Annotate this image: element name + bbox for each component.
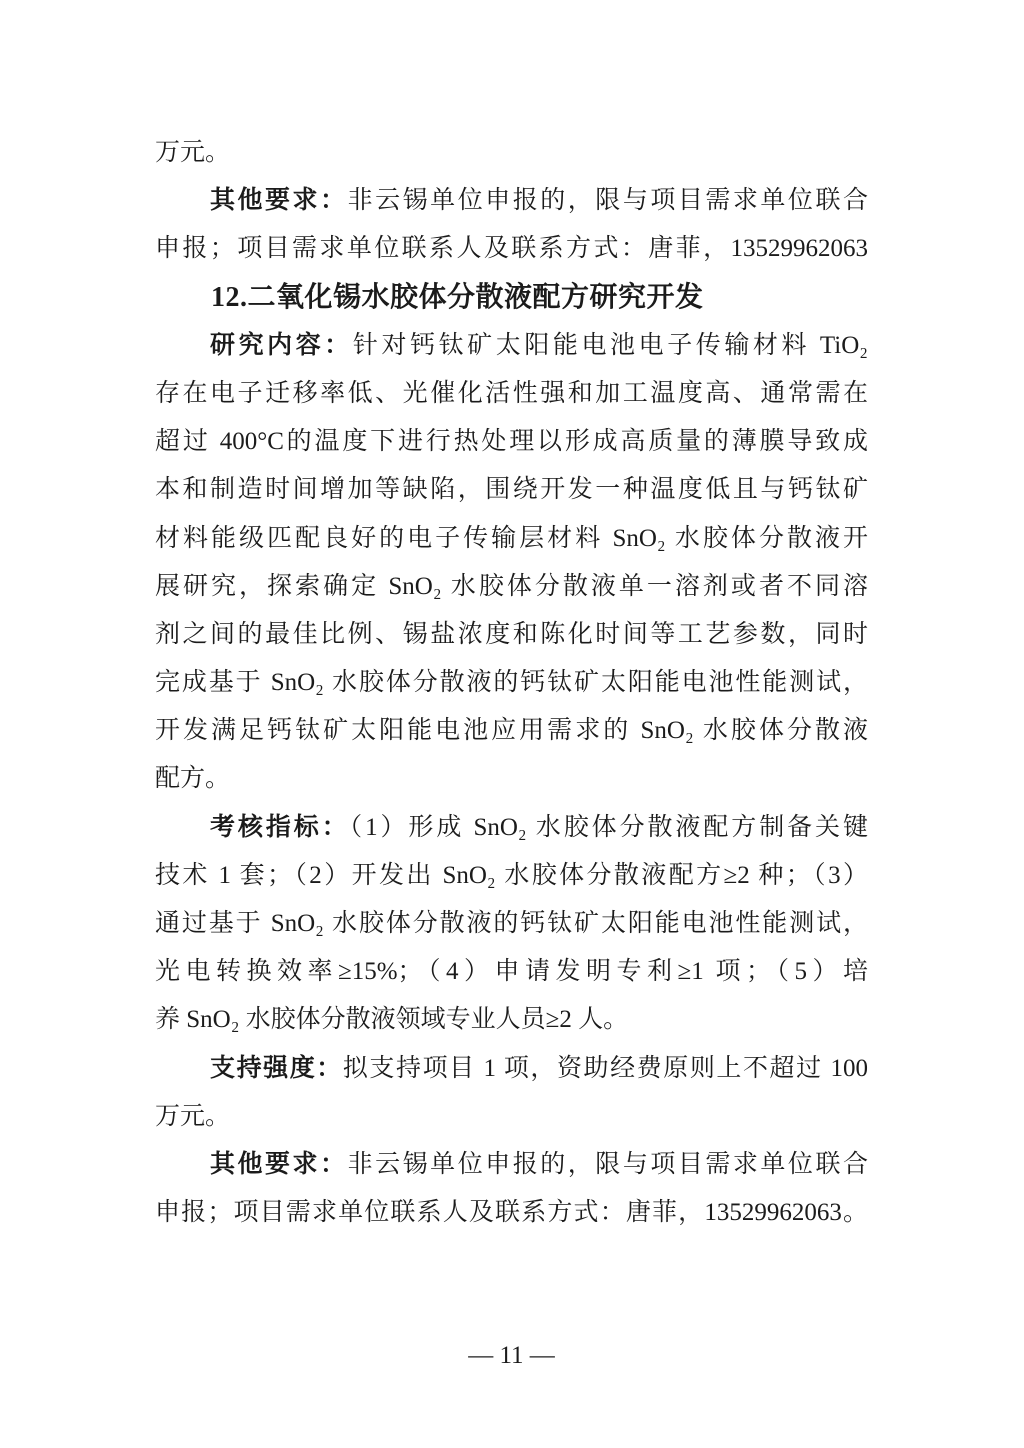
text-line: 剂之间的最佳比例、锡盐浓度和陈化时间等工艺参数，同时: [155, 611, 868, 659]
line-text: 完成基于 SnO₂ 水胶体分散液的钙钛矿太阳能电池性能测试，: [155, 669, 868, 696]
line-text: 非云锡单位申报的，限与项目需求单位联合: [348, 1151, 868, 1178]
text-line: 技术 1 套；（2）开发出 SnO₂ 水胶体分散液配方≥2 种；（3）: [155, 852, 868, 900]
paragraph-label: 支持强度：: [210, 1055, 343, 1082]
paragraph-label: 其他要求：: [210, 187, 348, 214]
line-text: 非云锡单位申报的，限与项目需求单位联合: [348, 187, 868, 214]
line-text: 申报；项目需求单位联系人及联系方式：唐菲，13529962063: [155, 235, 868, 262]
text-line: 本和制造时间增加等缺陷，围绕开发一种温度低且与钙钛矿: [155, 466, 868, 514]
line-text: 针对钙钛矿太阳能电池电子传输材料 TiO₂: [353, 332, 868, 359]
text-line: 申报；项目需求单位联系人及联系方式：唐菲，13529962063: [155, 225, 868, 273]
text-line: 通过基于 SnO₂ 水胶体分散液的钙钛矿太阳能电池性能测试，: [155, 900, 868, 948]
text-line: 材料能级匹配良好的电子传输层材料 SnO₂ 水胶体分散液开: [155, 515, 868, 563]
text-line: 申报；项目需求单位联系人及联系方式：唐菲，13529962063。: [155, 1189, 868, 1237]
line-text: 通过基于 SnO₂ 水胶体分散液的钙钛矿太阳能电池性能测试，: [155, 910, 868, 937]
line-text: （1）形成 SnO₂ 水胶体分散液配方制备关键: [350, 814, 868, 841]
text-line: 万元。: [155, 129, 868, 177]
section-heading: 12.二氧化锡水胶体分散液配方研究开发: [155, 274, 868, 322]
line-text: 本和制造时间增加等缺陷，围绕开发一种温度低且与钙钛矿: [155, 476, 868, 503]
text-line: 配方。: [155, 755, 868, 803]
line-text: 万元。: [155, 139, 230, 166]
line-text: 存在电子迁移率低、光催化活性强和加工温度高、通常需在: [155, 380, 868, 407]
text-line: 支持强度：拟支持项目 1 项，资助经费原则上不超过 100: [155, 1045, 868, 1093]
line-text: 开发满足钙钛矿太阳能电池应用需求的 SnO₂ 水胶体分散液: [155, 717, 868, 744]
line-text: 展研究，探索确定 SnO₂ 水胶体分散液单一溶剂或者不同溶: [155, 573, 868, 600]
text-line: 展研究，探索确定 SnO₂ 水胶体分散液单一溶剂或者不同溶: [155, 563, 868, 611]
text-line: 研究内容：针对钙钛矿太阳能电池电子传输材料 TiO₂: [155, 322, 868, 370]
text-line: 超过 400°C的温度下进行热处理以形成高质量的薄膜导致成: [155, 418, 868, 466]
text-line: 养 SnO₂ 水胶体分散液领域专业人员≥2 人。: [155, 996, 868, 1044]
line-text: 光电转换效率≥15%；（4）申请发明专利≥1 项；（5）培: [155, 958, 868, 985]
line-text: 剂之间的最佳比例、锡盐浓度和陈化时间等工艺参数，同时: [155, 621, 868, 648]
text-line: 其他要求：非云锡单位申报的，限与项目需求单位联合: [155, 1141, 868, 1189]
text-line: 开发满足钙钛矿太阳能电池应用需求的 SnO₂ 水胶体分散液: [155, 707, 868, 755]
text-line: 存在电子迁移率低、光催化活性强和加工温度高、通常需在: [155, 370, 868, 418]
text-line: 万元。: [155, 1093, 868, 1141]
line-text: 材料能级匹配良好的电子传输层材料 SnO₂ 水胶体分散液开: [155, 525, 868, 552]
line-text: 申报；项目需求单位联系人及联系方式：唐菲，13529962063。: [155, 1199, 868, 1226]
line-text: 养 SnO₂ 水胶体分散液领域专业人员≥2 人。: [155, 1006, 628, 1033]
text-line: 光电转换效率≥15%；（4）申请发明专利≥1 项；（5）培: [155, 948, 868, 996]
line-text: 拟支持项目 1 项，资助经费原则上不超过 100: [343, 1055, 868, 1082]
line-text: 万元。: [155, 1103, 230, 1130]
paragraph-label: 其他要求：: [210, 1151, 348, 1178]
text-line: 考核指标：（1）形成 SnO₂ 水胶体分散液配方制备关键: [155, 804, 868, 852]
line-text: 技术 1 套；（2）开发出 SnO₂ 水胶体分散液配方≥2 种；（3）: [155, 862, 868, 889]
text-line: 完成基于 SnO₂ 水胶体分散液的钙钛矿太阳能电池性能测试，: [155, 659, 868, 707]
paragraph-label: 研究内容：: [210, 332, 353, 359]
line-text: 超过 400°C的温度下进行热处理以形成高质量的薄膜导致成: [155, 428, 868, 455]
text-line: 其他要求：非云锡单位申报的，限与项目需求单位联合: [155, 177, 868, 225]
document-body: 万元。其他要求：非云锡单位申报的，限与项目需求单位联合申报；项目需求单位联系人及…: [155, 129, 868, 1237]
line-text: 配方。: [155, 765, 230, 792]
document-page: 万元。其他要求：非云锡单位申报的，限与项目需求单位联合申报；项目需求单位联系人及…: [0, 0, 1024, 1448]
page-number: — 11 —: [155, 1342, 868, 1370]
section-heading-label: 12.二氧化锡水胶体分散液配方研究开发: [211, 282, 704, 313]
paragraph-label: 考核指标：: [210, 814, 350, 841]
